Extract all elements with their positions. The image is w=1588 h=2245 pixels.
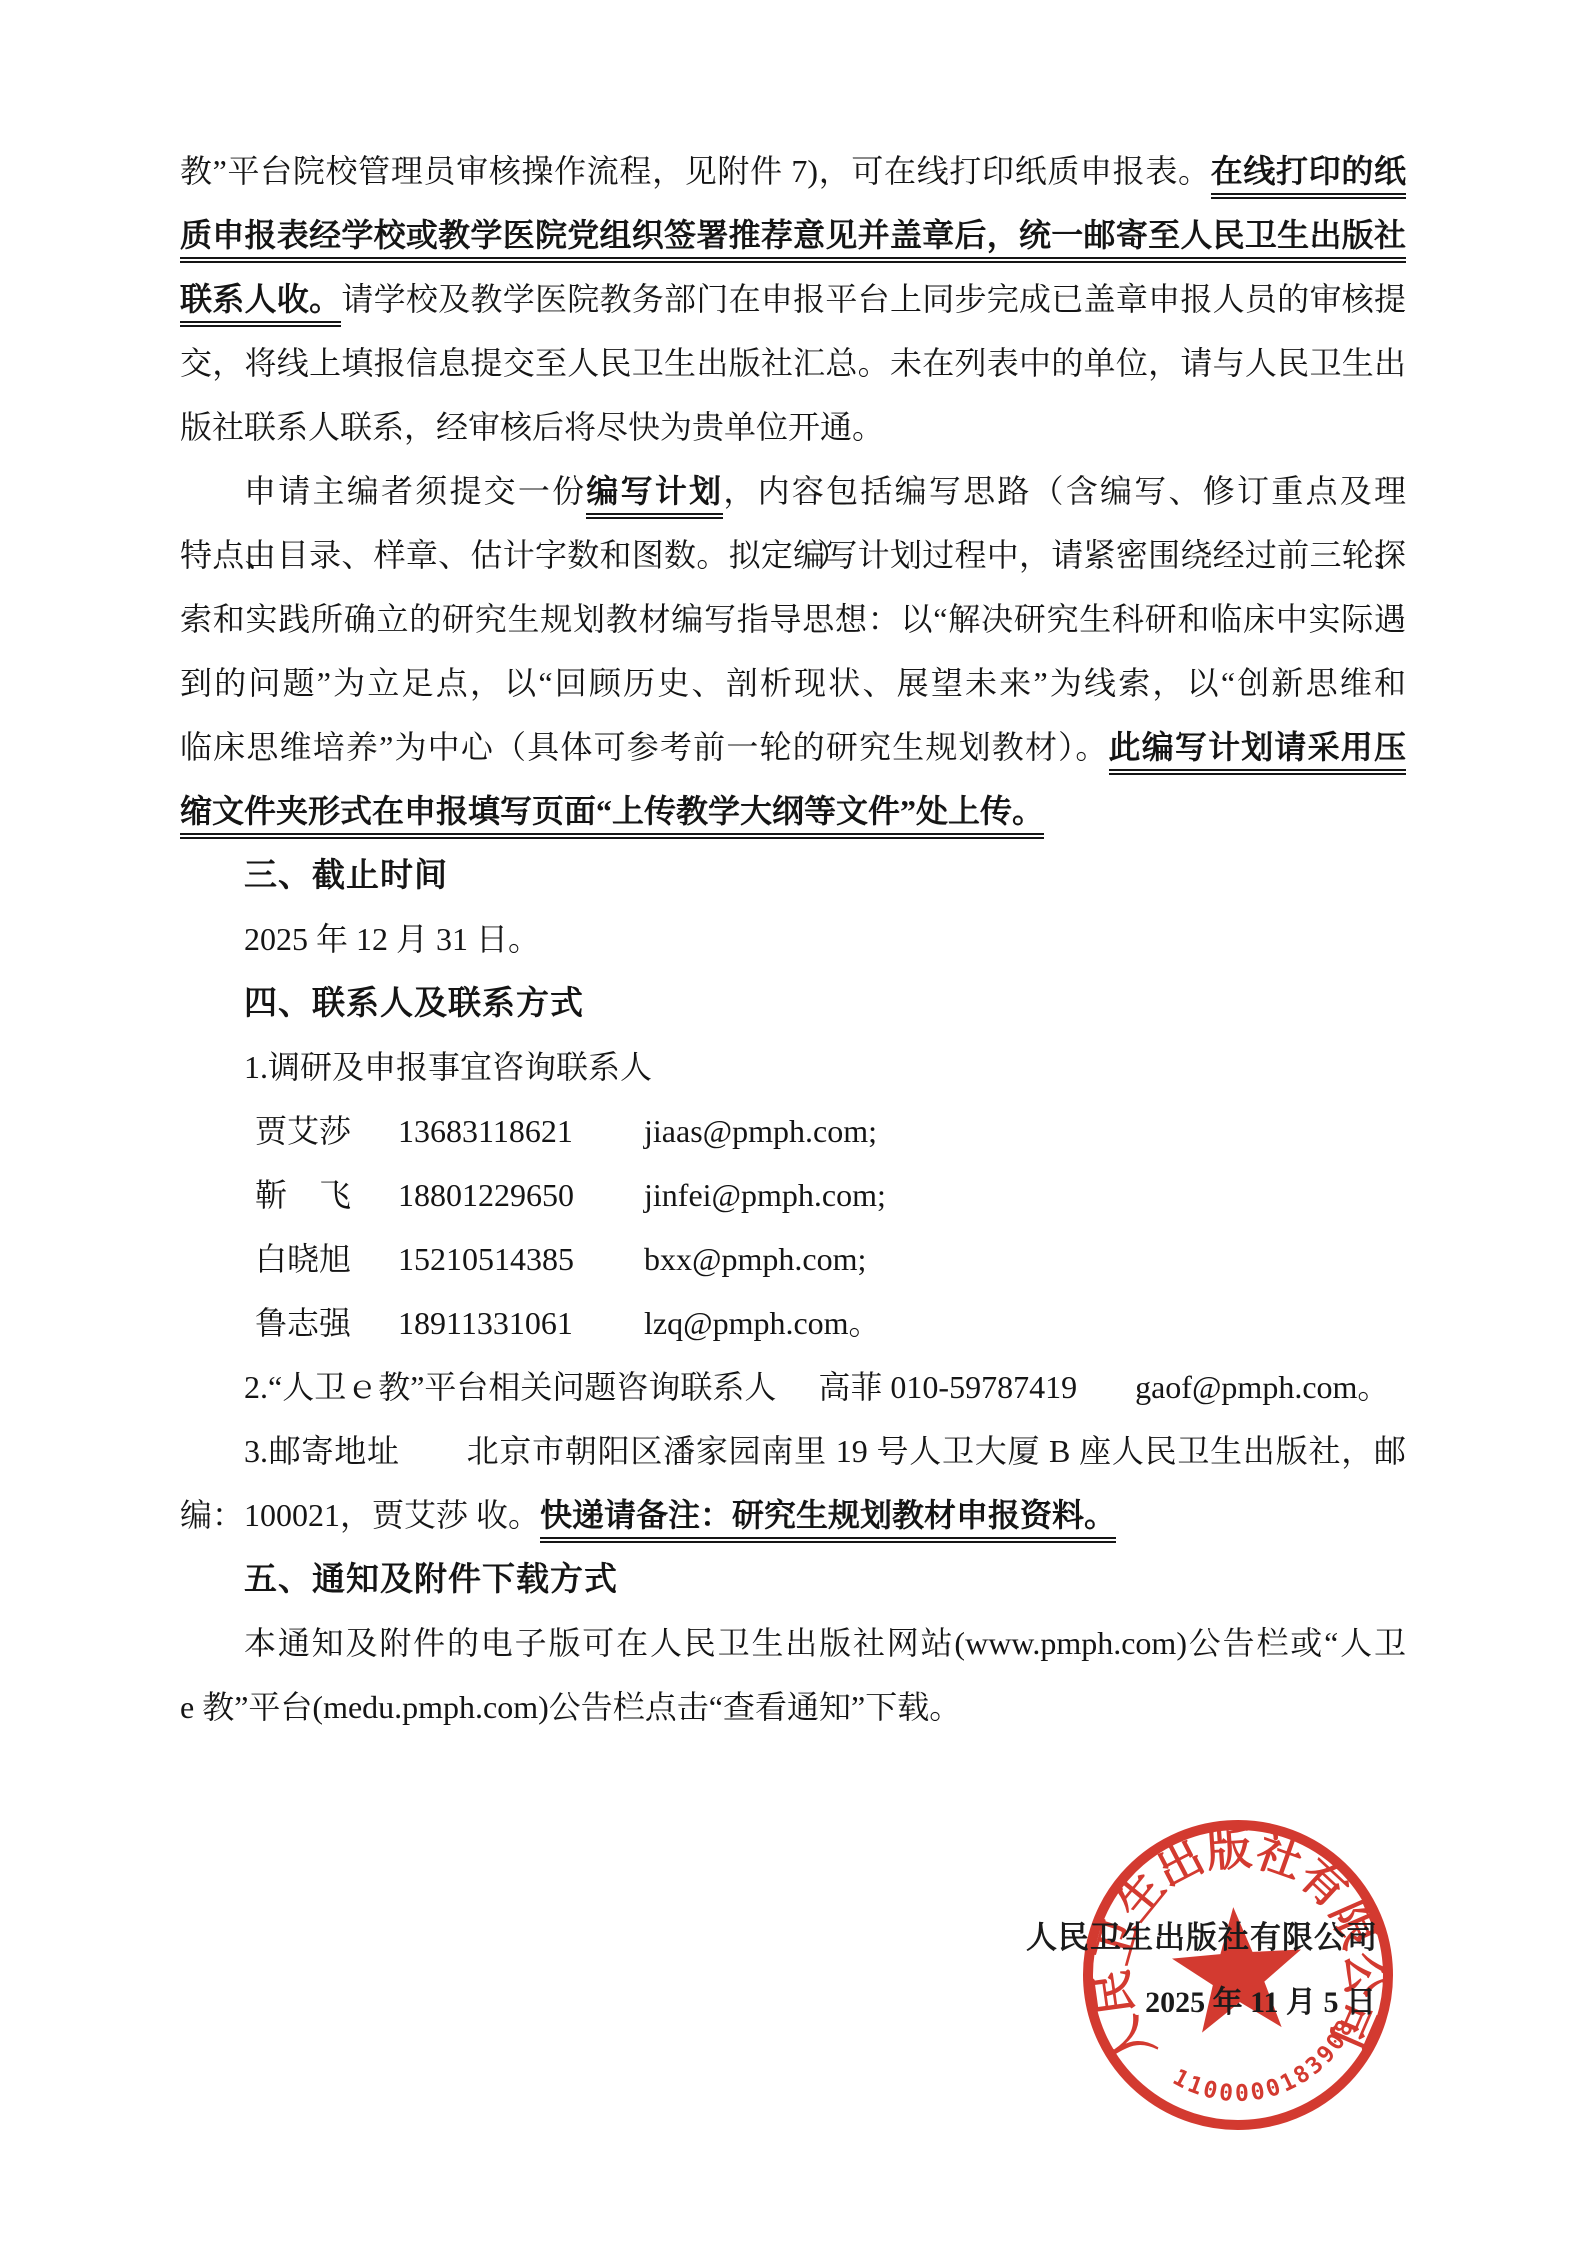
doc-line: 2025 年 12 月 31 日。 bbox=[180, 907, 1406, 971]
column-gap bbox=[1077, 1397, 1135, 1398]
doc-line: 白晓旭15210514385bxx@pmph.com; bbox=[180, 1227, 1406, 1291]
text-segment: 申请主编者须提交一份 bbox=[244, 473, 586, 509]
doc-line: 靳 飞18801229650jinfei@pmph.com; bbox=[180, 1163, 1406, 1227]
column-gap bbox=[400, 1461, 466, 1462]
text-segment: 2.“人卫ｅ教”平台相关问题咨询联系人 bbox=[244, 1369, 776, 1405]
doc-line: 1.调研及申报事宜咨询联系人 bbox=[180, 1035, 1406, 1099]
contact-name: 靳 飞 bbox=[255, 1163, 398, 1227]
contact-indent bbox=[180, 1227, 255, 1291]
text-segment: gaof@pmph.com。 bbox=[1135, 1369, 1389, 1405]
emphasized-text: 快递请备注：研究生规划教材申报资料。 bbox=[540, 1497, 1116, 1543]
doc-line: 交，将线上填报信息提交至人民卫生出版社汇总。未在列表中的单位，请与人民卫生出 bbox=[180, 331, 1406, 395]
text-segment: 3.邮寄地址 bbox=[244, 1433, 400, 1469]
text-segment: 特点、目录、样章、估计字数和图数。拟定编写计划过程中，请紧密围绕经过前三轮探 bbox=[180, 537, 1406, 573]
section-heading: 四、联系人及联系方式 bbox=[180, 971, 1406, 1035]
doc-line: e 教”平台(medu.pmph.com)公告栏点击“查看通知”下载。 bbox=[180, 1675, 1406, 1739]
doc-line: 编：100021，贾艾莎 收。快递请备注：研究生规划教材申报资料。 bbox=[180, 1483, 1406, 1547]
doc-line: 2.“人卫ｅ教”平台相关问题咨询联系人高菲 010-59787419gaof@p… bbox=[180, 1355, 1406, 1419]
text-segment: 1.调研及申报事宜咨询联系人 bbox=[244, 1049, 652, 1085]
contact-indent bbox=[180, 1163, 255, 1227]
svg-text:1100000183908: 1100000183908 bbox=[1163, 2008, 1375, 2132]
emphasized-text: 编写计划 bbox=[586, 473, 723, 519]
document-page: 教”平台院校管理员审核操作流程，见附件 7)，可在线打印纸质申报表。在线打印的纸… bbox=[0, 0, 1588, 2245]
text-segment: 五、通知及附件下载方式 bbox=[244, 1560, 618, 1597]
text-segment: 索和实践所确立的研究生规划教材编写指导思想：以“解决研究生科研和临床中实际遇 bbox=[180, 601, 1406, 637]
contact-email: lzq@pmph.com。 bbox=[644, 1291, 1406, 1355]
doc-line: 临床思维培养”为中心（具体可参考前一轮的研究生规划教材）。此编写计划请采用压 bbox=[180, 715, 1406, 779]
text-segment: 高菲 010-59787419 bbox=[818, 1369, 1077, 1405]
document-body: 教”平台院校管理员审核操作流程，见附件 7)，可在线打印纸质申报表。在线打印的纸… bbox=[180, 139, 1406, 1739]
contact-email: jinfei@pmph.com; bbox=[644, 1163, 1406, 1227]
text-segment: 本通知及附件的电子版可在人民卫生出版社网站(www.pmph.com)公告栏或“… bbox=[244, 1625, 1406, 1661]
text-segment: 北京市朝阳区潘家园南里 19 号人卫大厦 B 座人民卫生出版社，邮 bbox=[466, 1433, 1406, 1469]
contact-name: 贾艾莎 bbox=[255, 1099, 398, 1163]
text-segment: 三、截止时间 bbox=[244, 856, 448, 893]
contact-phone: 18911331061 bbox=[398, 1291, 644, 1355]
emphasized-text: 在线打印的纸 bbox=[1211, 153, 1406, 199]
section-heading: 五、通知及附件下载方式 bbox=[180, 1547, 1406, 1611]
contact-name: 鲁志强 bbox=[255, 1291, 398, 1355]
signature-company: 人民卫生出版社有限公司 bbox=[900, 1918, 1378, 1958]
text-segment: 交，将线上填报信息提交至人民卫生出版社汇总。未在列表中的单位，请与人民卫生出 bbox=[180, 345, 1406, 381]
section-heading: 三、截止时间 bbox=[180, 843, 1406, 907]
signature-date: 2025 年 11 月 5 日 bbox=[900, 1984, 1378, 2022]
text-segment: e 教”平台(medu.pmph.com)公告栏点击“查看通知”下载。 bbox=[180, 1689, 961, 1725]
text-segment: 编：100021，贾艾莎 收。 bbox=[180, 1497, 540, 1533]
text-segment: 临床思维培养”为中心（具体可参考前一轮的研究生规划教材）。 bbox=[180, 729, 1109, 765]
contact-email: jiaas@pmph.com; bbox=[644, 1099, 1406, 1163]
seal-serial-number: 1100000183908 bbox=[1163, 2008, 1375, 2132]
contact-indent bbox=[180, 1099, 255, 1163]
doc-line: 教”平台院校管理员审核操作流程，见附件 7)，可在线打印纸质申报表。在线打印的纸 bbox=[180, 139, 1406, 203]
doc-line: 特点、目录、样章、估计字数和图数。拟定编写计划过程中，请紧密围绕经过前三轮探 bbox=[180, 523, 1406, 587]
emphasized-text: 此编写计划请采用压 bbox=[1109, 729, 1406, 775]
emphasized-text: 质申报表经学校或教学医院党组织签署推荐意见并盖章后，统一邮寄至人民卫生出版社 bbox=[180, 217, 1406, 263]
text-segment: 四、联系人及联系方式 bbox=[244, 984, 584, 1021]
doc-line: 贾艾莎13683118621jiaas@pmph.com; bbox=[180, 1099, 1406, 1163]
doc-line: 索和实践所确立的研究生规划教材编写指导思想：以“解决研究生科研和临床中实际遇 bbox=[180, 587, 1406, 651]
doc-line: 申请主编者须提交一份编写计划，内容包括编写思路（含编写、修订重点及理由）、 bbox=[180, 459, 1406, 523]
doc-line: 质申报表经学校或教学医院党组织签署推荐意见并盖章后，统一邮寄至人民卫生出版社 bbox=[180, 203, 1406, 267]
signature-block: 人民卫生出版社有限公司 2025 年 11 月 5 日 bbox=[900, 1918, 1378, 2022]
doc-line: 版社联系人联系，经审核后将尽快为贵单位开通。 bbox=[180, 395, 1406, 459]
contact-indent bbox=[180, 1291, 255, 1355]
doc-line: 本通知及附件的电子版可在人民卫生出版社网站(www.pmph.com)公告栏或“… bbox=[180, 1611, 1406, 1675]
contact-phone: 15210514385 bbox=[398, 1227, 644, 1291]
doc-line: 3.邮寄地址北京市朝阳区潘家园南里 19 号人卫大厦 B 座人民卫生出版社，邮 bbox=[180, 1419, 1406, 1483]
text-segment: 请学校及教学医院教务部门在申报平台上同步完成已盖章申报人员的审核提 bbox=[341, 281, 1406, 317]
contact-email: bxx@pmph.com; bbox=[644, 1227, 1406, 1291]
doc-line: 联系人收。请学校及教学医院教务部门在申报平台上同步完成已盖章申报人员的审核提 bbox=[180, 267, 1406, 331]
emphasized-text: 缩文件夹形式在申报填写页面“上传教学大纲等文件”处上传。 bbox=[180, 793, 1044, 839]
text-segment: 教”平台院校管理员审核操作流程，见附件 7)，可在线打印纸质申报表。 bbox=[180, 153, 1211, 189]
text-segment: 到的问题”为立足点，以“回顾历史、剖析现状、展望未来”为线索，以“创新思维和 bbox=[180, 665, 1406, 701]
doc-line: 鲁志强18911331061lzq@pmph.com。 bbox=[180, 1291, 1406, 1355]
text-segment: 版社联系人联系，经审核后将尽快为贵单位开通。 bbox=[180, 409, 884, 445]
contact-phone: 18801229650 bbox=[398, 1163, 644, 1227]
emphasized-text: 联系人收。 bbox=[180, 281, 341, 327]
contact-phone: 13683118621 bbox=[398, 1099, 644, 1163]
text-segment: 2025 年 12 月 31 日。 bbox=[244, 921, 540, 957]
column-gap bbox=[776, 1397, 818, 1398]
doc-line: 到的问题”为立足点，以“回顾历史、剖析现状、展望未来”为线索，以“创新思维和 bbox=[180, 651, 1406, 715]
contact-name: 白晓旭 bbox=[255, 1227, 398, 1291]
doc-line: 缩文件夹形式在申报填写页面“上传教学大纲等文件”处上传。 bbox=[180, 779, 1406, 843]
